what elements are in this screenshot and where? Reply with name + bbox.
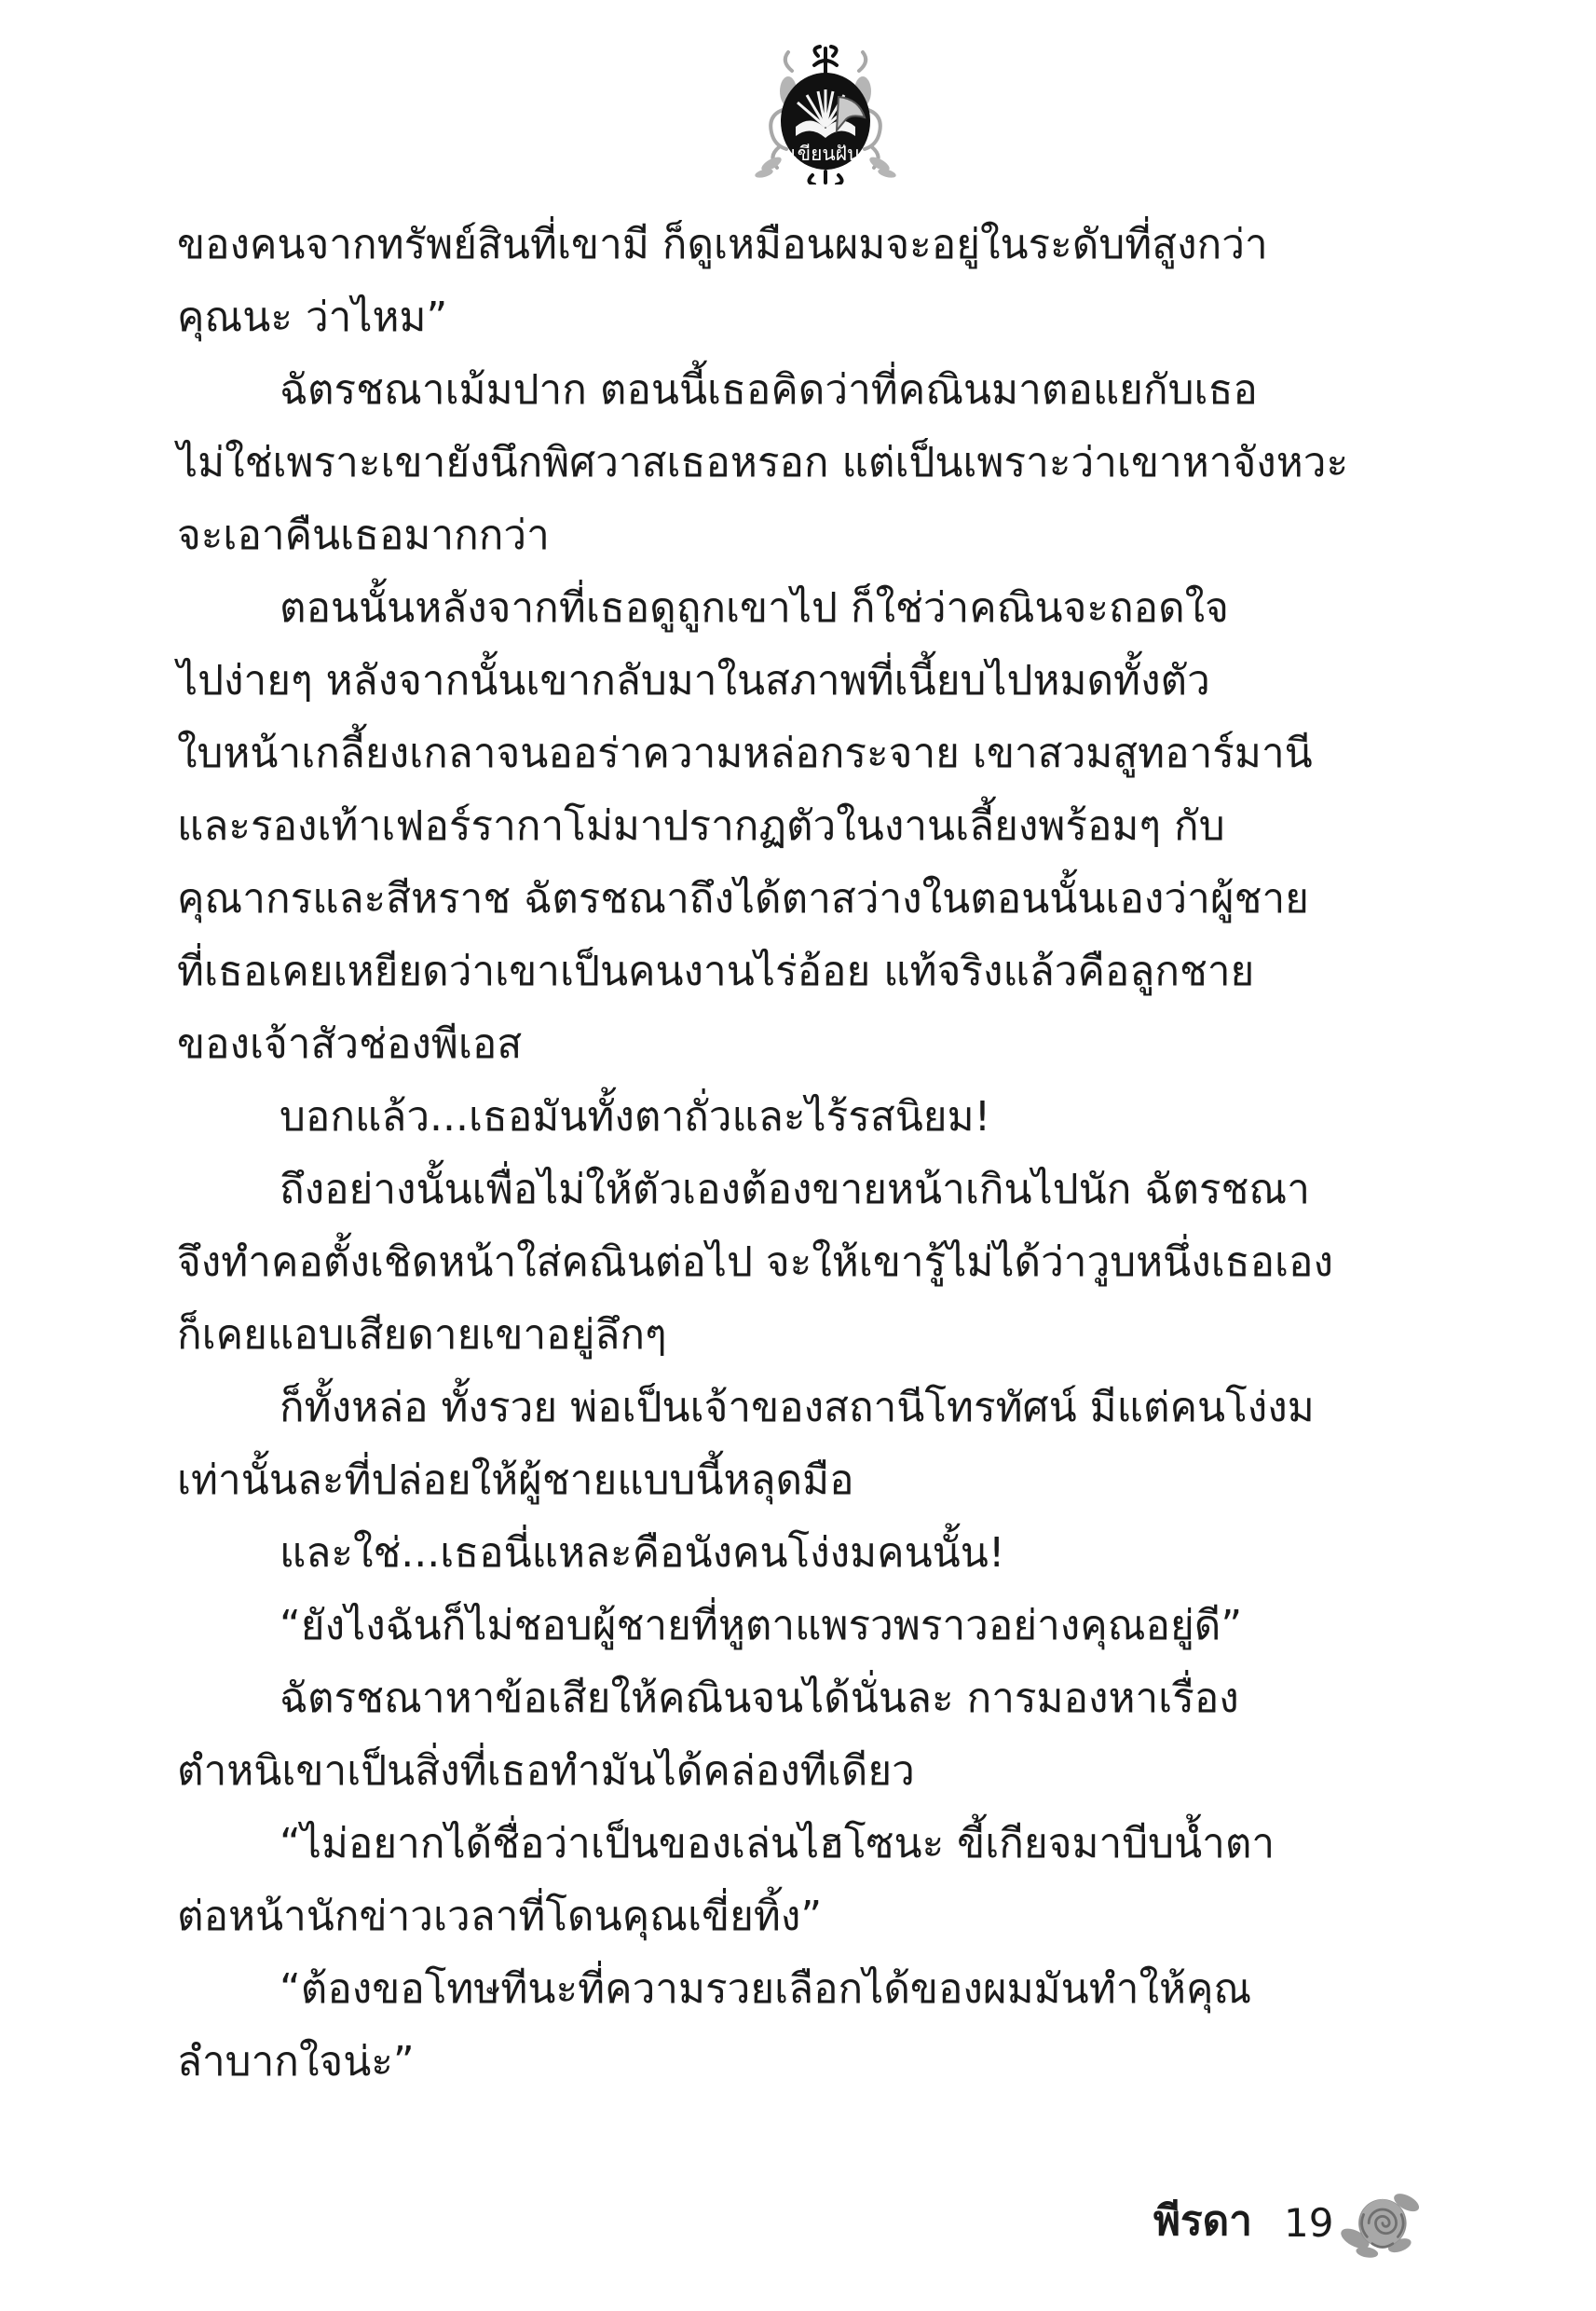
- publisher-logo: เขียนฝัน: [751, 45, 900, 185]
- book-and-quill-emblem-icon: เขียนฝัน: [751, 45, 900, 185]
- body-text: ของคนจากทรัพย์สินที่เขามี ก็ดูเหมือนผมจะ…: [177, 209, 1425, 2099]
- text-line: ของเจ้าสัวช่องพีเอส: [177, 1008, 1425, 1081]
- logo-text: เขียนฝัน: [791, 143, 861, 165]
- text-line: คุณากรและสีหราช ฉัตรชณาถึงได้ตาสว่างในตอ…: [177, 863, 1425, 936]
- text-line: จึงทำคอตั้งเชิดหน้าใส่คณินต่อไป จะให้เขา…: [177, 1226, 1425, 1299]
- text-line: จะเอาคืนเธอมากกว่า: [177, 499, 1425, 572]
- text-line: และรองเท้าเฟอร์รากาโม่มาปรากฏตัวในงานเลี…: [177, 790, 1425, 863]
- text-line: ตำหนิเขาเป็นสิ่งที่เธอทำมันได้คล่องทีเดี…: [177, 1735, 1425, 1808]
- text-line: “ยังไงฉันก็ไม่ชอบผู้ชายที่หูตาแพรวพราวอย…: [177, 1590, 1425, 1662]
- text-line: ถึงอย่างนั้นเพื่อไม่ให้ตัวเองต้องขายหน้า…: [177, 1154, 1425, 1226]
- text-line: ฉัตรชณาเม้มปาก ตอนนี้เธอคิดว่าที่คณินมาต…: [177, 354, 1425, 427]
- text-line: คุณนะ ว่าไหม”: [177, 281, 1425, 354]
- text-line: “ไม่อยากได้ชื่อว่าเป็นของเล่นไฮโซนะ ขี้เ…: [177, 1808, 1425, 1880]
- text-line: ไปง่ายๆ หลังจากนั้นเขากลับมาในสภาพที่เนี…: [177, 645, 1425, 718]
- text-line: ที่เธอเคยเหยียดว่าเขาเป็นคนงานไร่อ้อย แท…: [177, 936, 1425, 1008]
- rose-icon: [1338, 2177, 1424, 2263]
- text-line: ใบหน้าเกลี้ยงเกลาจนออร่าความหล่อกระจาย เ…: [177, 718, 1425, 790]
- footer-page-number: 19: [1284, 2195, 1333, 2251]
- text-line: ไม่ใช่เพราะเขายังนึกพิศวาสเธอหรอก แต่เป็…: [177, 427, 1425, 499]
- text-line: เท่านั้นละที่ปล่อยให้ผู้ชายแบบนี้หลุดมือ: [177, 1444, 1425, 1517]
- text-line: “ต้องขอโทษทีนะที่ความรวยเลือกได้ของผมมัน…: [177, 1953, 1425, 2026]
- text-line: ลำบากใจน่ะ”: [177, 2026, 1425, 2099]
- text-line: ก็เคยแอบเสียดายเขาอยู่ลึกๆ: [177, 1299, 1425, 1372]
- footer-book-title: พีรดา: [1153, 2194, 1252, 2249]
- text-line: ฉัตรชณาหาข้อเสียให้คณินจนได้นั่นละ การมอ…: [177, 1662, 1425, 1735]
- text-line: ของคนจากทรัพย์สินที่เขามี ก็ดูเหมือนผมจะ…: [177, 209, 1425, 281]
- text-line: ตอนนั้นหลังจากที่เธอดูถูกเขาไป ก็ใช่ว่าค…: [177, 572, 1425, 645]
- book-page: เขียนฝัน ของคนจากทรัพย์สินที่เขามี ก็ดูเ…: [0, 0, 1596, 2311]
- text-line: ก็ทั้งหล่อ ทั้งรวย พ่อเป็นเจ้าของสถานีโท…: [177, 1372, 1425, 1444]
- text-line: บอกแล้ว...เธอมันทั้งตาถั่วและไร้รสนิยม!: [177, 1081, 1425, 1154]
- text-line: ต่อหน้านักข่าวเวลาที่โดนคุณเขี่ยทิ้ง”: [177, 1880, 1425, 1953]
- text-line: และใช่...เธอนี่แหละคือนังคนโง่งมคนนั้น!: [177, 1517, 1425, 1590]
